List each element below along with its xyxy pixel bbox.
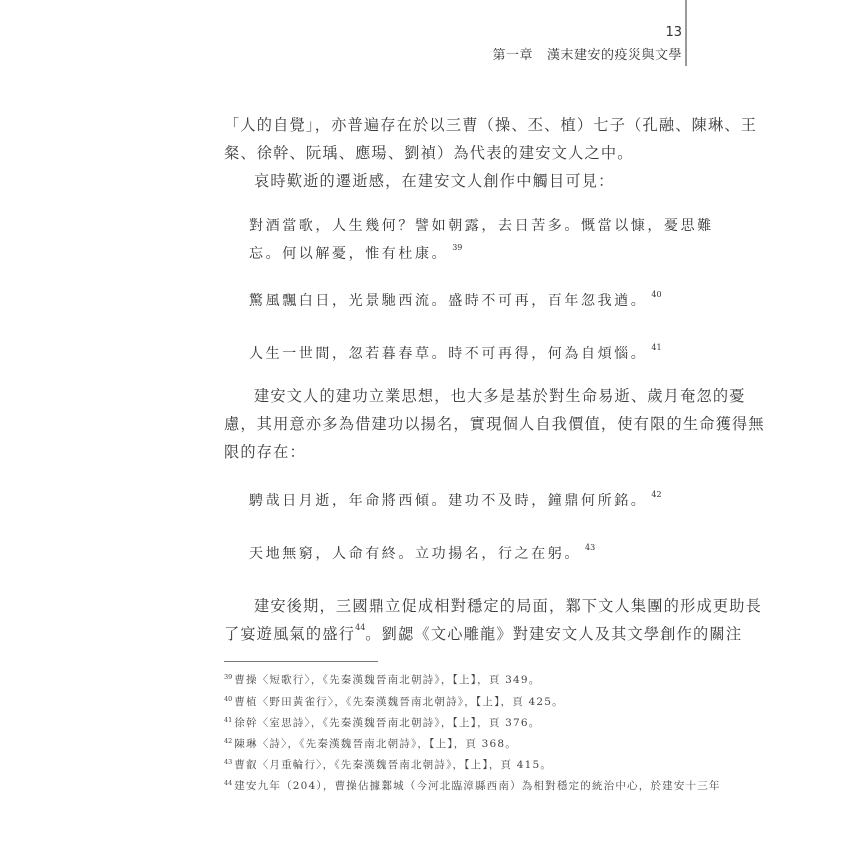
footnote-number: 41 <box>224 716 232 724</box>
page-number: 13 <box>665 25 682 40</box>
footnote-number: 42 <box>224 737 232 745</box>
chapter-label: 第一章 <box>492 48 533 63</box>
quote-line: 人生一世間，忽若暮春草。時不可再得，何為自煩惱。 <box>249 346 647 362</box>
quote-block-41: 人生一世間，忽若暮春草。時不可再得，何為自煩惱。41 <box>249 340 662 368</box>
footnote-text: 曹植〈野田黃雀行〉，《先秦漢魏晉南北朝詩》，【上】，頁 425。 <box>234 696 564 708</box>
paragraph-merit: 建安文人的建功立業思想，也大多是基於對生命易逝、歲月奄忽的憂 慮，其用意亦多為借… <box>224 382 670 466</box>
footnote-divider <box>224 661 378 662</box>
text-line: 慮，其用意亦多為借建功以揚名，實現個人自我價值，使有限的生命獲得無 <box>224 410 670 438</box>
text-line: 「人的自覺」，亦普遍存在於以三曹（操、丕、植）七子（孔融、陳琳、王 <box>224 111 670 139</box>
quote-line: 對酒當歌，人生幾何？譬如朝露，去日苦多。慨當以慷，憂思難 <box>249 212 714 240</box>
footnote-text: 建安九年（204），曹操佔據鄴城（今河北臨漳縣西南）為相對穩定的統治中心，於建安… <box>234 780 720 792</box>
quote-line: 天地無窮，人命有終。立功揚名，行之在躬。 <box>249 546 581 562</box>
footnote-text: 陳琳〈詩〉，《先秦漢魏晉南北朝詩》，【上】，頁 368。 <box>234 738 517 750</box>
footnote-text: 曹操〈短歌行〉，《先秦漢魏晉南北朝詩》，【上】，頁 349。 <box>234 674 540 686</box>
paragraph-self-awareness: 「人的自覺」，亦普遍存在於以三曹（操、丕、植）七子（孔融、陳琳、王 粲、徐幹、阮… <box>224 111 670 195</box>
footnote-44: 44建安九年（204），曹操佔據鄴城（今河北臨漳縣西南）為相對穩定的統治中心，於… <box>224 779 721 793</box>
footnote-42: 42陳琳〈詩〉，《先秦漢魏晉南北朝詩》，【上】，頁 368。 <box>224 737 517 751</box>
footnote-43: 43曹叡〈月重輪行〉，《先秦漢魏晉南北朝詩》，【上】，頁 415。 <box>224 758 552 772</box>
quote-block-43: 天地無窮，人命有終。立功揚名，行之在躬。43 <box>249 540 595 568</box>
text-line: 。劉勰《文心雕龍》對建安文人及其文學創作的關注 <box>365 625 742 643</box>
footnote-ref[interactable]: 40 <box>651 290 661 299</box>
running-header: 第一章漢末建安的疫災與文學 <box>492 44 682 63</box>
quote-line: 騁哉日月逝，年命將西傾。建功不及時，鐘鼎何所銘。 <box>249 493 647 509</box>
footnote-ref[interactable]: 42 <box>651 490 661 499</box>
text-line: 粲、徐幹、阮瑀、應瑒、劉禎）為代表的建安文人之中。 <box>224 139 670 167</box>
text-line: 限的存在： <box>224 438 670 466</box>
footnote-text: 徐幹〈室思詩〉，《先秦漢魏晉南北朝詩》，【上】，頁 376。 <box>234 717 540 729</box>
quote-block-39: 對酒當歌，人生幾何？譬如朝露，去日苦多。慨當以慷，憂思難 忘。何以解憂，惟有杜康… <box>249 212 714 268</box>
text-line: 了宴遊風氣的盛行 <box>224 625 355 643</box>
footnote-text: 曹叡〈月重輪行〉，《先秦漢魏晉南北朝詩》，【上】，頁 415。 <box>234 759 552 771</box>
footnote-40: 40曹植〈野田黃雀行〉，《先秦漢魏晉南北朝詩》，【上】，頁 425。 <box>224 695 564 709</box>
text-line: 建安後期，三國鼎立促成相對穩定的局面，鄴下文人集團的形成更助長 <box>224 592 670 620</box>
footnote-ref[interactable]: 39 <box>452 243 462 252</box>
quote-line: 驚風飄白日，光景馳西流。盛時不可再，百年忽我遒。 <box>249 293 647 309</box>
text-line: 哀時歎逝的遷逝感，在建安文人創作中觸目可見： <box>224 167 670 195</box>
quote-line: 忘。何以解憂，惟有杜康。 <box>249 246 448 262</box>
paragraph-late-jianan: 建安後期，三國鼎立促成相對穩定的局面，鄴下文人集團的形成更助長 了宴遊風氣的盛行… <box>224 592 670 648</box>
quote-block-42: 騁哉日月逝，年命將西傾。建功不及時，鐘鼎何所銘。42 <box>249 487 662 515</box>
footnote-ref[interactable]: 44 <box>355 623 365 632</box>
footnote-number: 44 <box>224 779 232 787</box>
footnote-ref[interactable]: 41 <box>651 343 661 352</box>
chapter-title: 漢末建安的疫災與文學 <box>547 48 682 63</box>
quote-block-40: 驚風飄白日，光景馳西流。盛時不可再，百年忽我遒。40 <box>249 287 662 315</box>
text-line: 建安文人的建功立業思想，也大多是基於對生命易逝、歲月奄忽的憂 <box>224 382 670 410</box>
footnote-39: 39曹操〈短歌行〉，《先秦漢魏晉南北朝詩》，【上】，頁 349。 <box>224 673 540 687</box>
header-vertical-rule <box>685 0 687 66</box>
footnote-number: 43 <box>224 758 232 766</box>
footnote-ref[interactable]: 43 <box>585 543 595 552</box>
footnote-41: 41徐幹〈室思詩〉，《先秦漢魏晉南北朝詩》，【上】，頁 376。 <box>224 716 540 730</box>
footnote-number: 39 <box>224 673 232 681</box>
footnote-number: 40 <box>224 695 232 703</box>
